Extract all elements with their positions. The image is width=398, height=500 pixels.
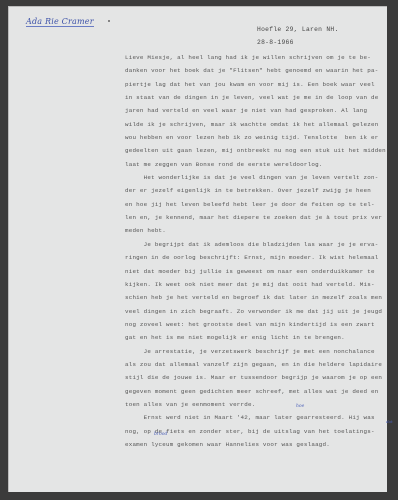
letter-line: niet dat moeder bij jullie is geweest om… [125, 265, 395, 278]
letter-line: gedeelten uit gaan lezen, mij ontbreekt … [125, 144, 395, 157]
handwritten-correction: hoe [296, 404, 304, 409]
letter-line: gat en het is me niet mogelijk er enig l… [125, 331, 395, 344]
letter-line: en hoe jij het leven beleefd hebt leer j… [125, 198, 395, 211]
letter-line: Je begrijpt dat ik ademloos die bladzijd… [125, 238, 395, 251]
letter-line: wou hebben en voor lezen heb ik zo weini… [125, 131, 395, 144]
letter-line: veel dingen in zich begraaft. Zo verwond… [125, 305, 395, 318]
letter-line: laat me zeggen van Bonse rond de eerste … [125, 158, 395, 171]
letter-line: ringen in de oorlog beschrijft: Ernst, m… [125, 251, 395, 264]
letter-line: jaren had verteld en veel waar je niet v… [125, 104, 395, 117]
letter-line: als zou dat allemaal vanzelf zijn gegaan… [125, 358, 395, 371]
letter-date: 28-8-1966 [257, 39, 294, 46]
letter-page: Ada Rie Cramer Hoefle 29, Laren NH. 28-8… [8, 6, 387, 492]
letter-line: toen alles van je eenmoment verrde. [125, 398, 395, 411]
letter-line: len en, je kennend, maar het diepere te … [125, 211, 395, 224]
letter-line: Het wonderlijke is dat je veel dingen va… [125, 171, 395, 184]
letter-line: in staat van de dingen in je leven, veel… [125, 91, 395, 104]
letter-line: der er jezelf eigenlijk in te betrekken.… [125, 184, 395, 197]
letter-line: Ernst werd niet in Maart '42, maar later… [125, 411, 395, 424]
letter-line: kijken. Ik weet ook niet meer dat je mij… [125, 278, 395, 291]
sender-address: Hoefle 29, Laren NH. [257, 26, 339, 33]
letter-line: schien heb je het verteld en begroef ik … [125, 291, 395, 304]
letter-line: meden hebt. [125, 224, 395, 237]
letter-line: stijl die de jouwe is. Maar er tussendoo… [125, 371, 395, 384]
letter-line: nog zoveel weet: het grootste deel van m… [125, 318, 395, 331]
letter-line: danken voor het boek dat je "Flitsen" he… [125, 64, 395, 77]
letter-line: Je arrestatie, je verzetswerk beschrijf … [125, 345, 395, 358]
ink-dot [108, 20, 110, 22]
handwritten-correction: brood [154, 432, 167, 437]
letter-line: examen lyceum gekomen waar Hannelies voo… [125, 438, 395, 451]
handwritten-correction: dat [386, 419, 393, 424]
letter-line: wilde ik je schrijven, maar ik wachtte o… [125, 118, 395, 131]
letter-line: piertje lag dat het van jou kwam en voor… [125, 78, 395, 91]
handwritten-signature: Ada Rie Cramer [26, 17, 94, 27]
letter-line: gegeven moment geen gedichten meer schre… [125, 385, 395, 398]
letter-line: Lieve Miesje, al heel lang had ik je wil… [125, 51, 395, 64]
letter-body: Lieve Miesje, al heel lang had ik je wil… [125, 51, 395, 451]
